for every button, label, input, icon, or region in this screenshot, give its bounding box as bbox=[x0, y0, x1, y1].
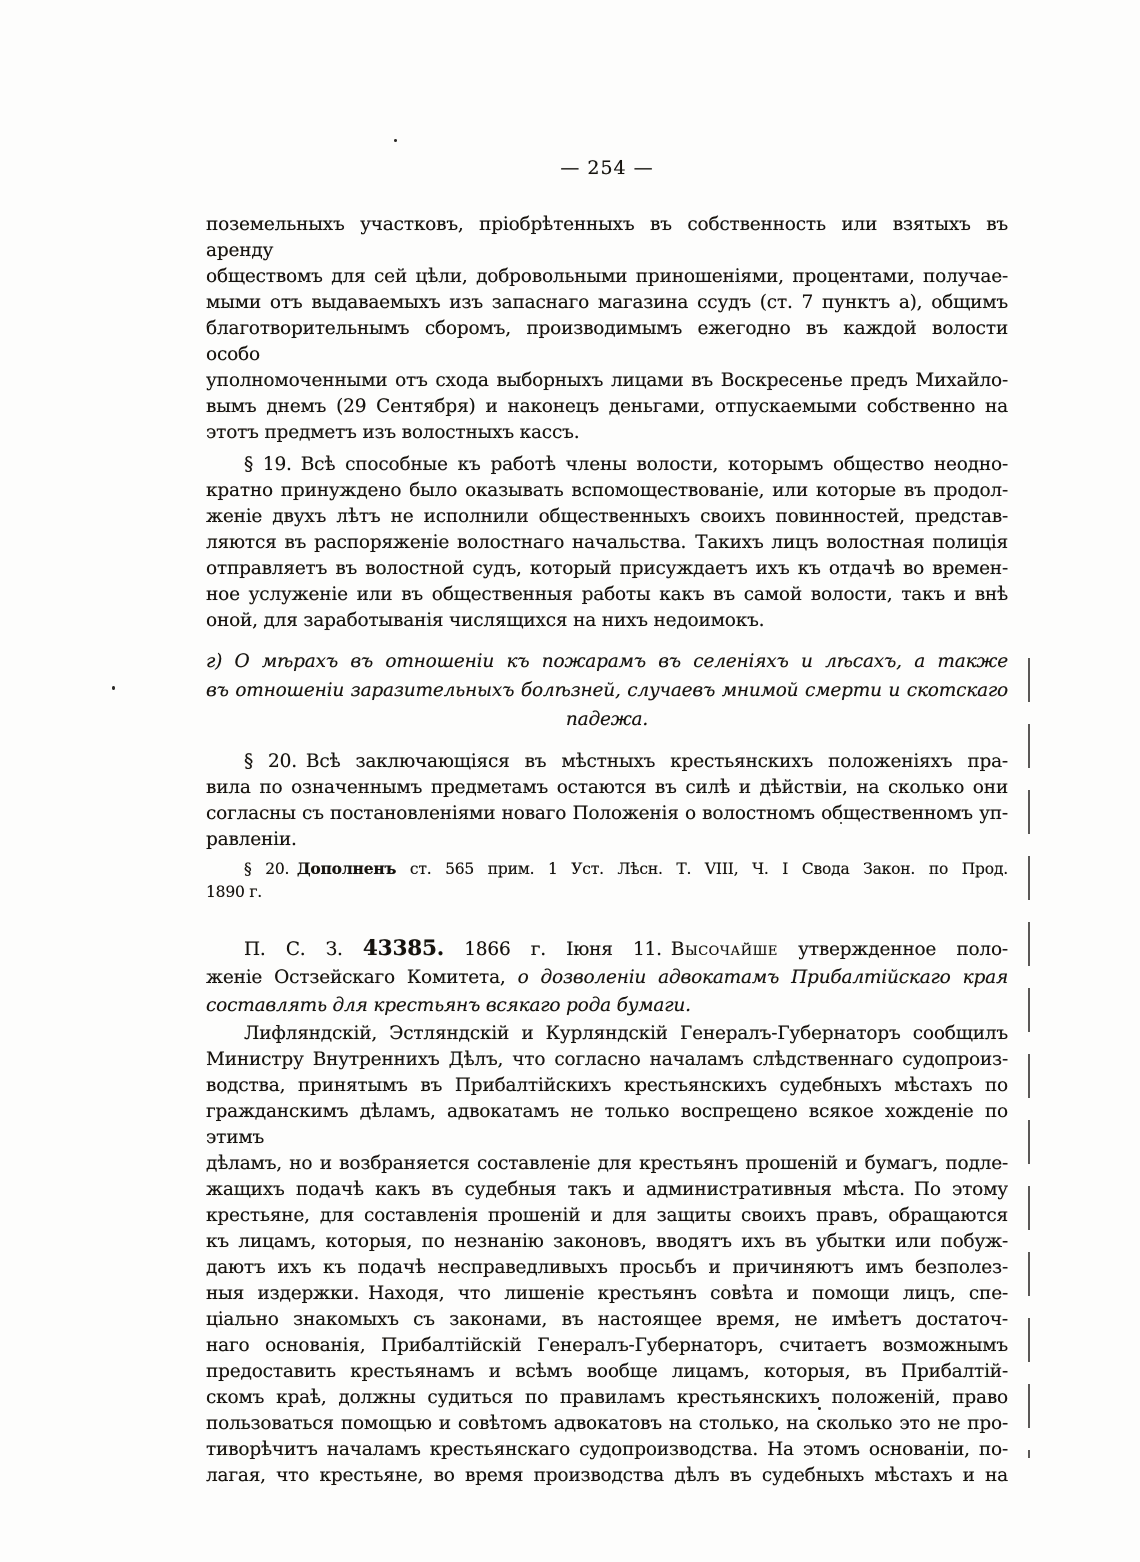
footnote-section-20: § 20. Дополненъ ст. 565 прим. 1 Уст. Лѣс… bbox=[206, 857, 1008, 904]
text-line: оной, для заработыванія числящихся на ни… bbox=[206, 608, 1008, 634]
page-number: — 254 — bbox=[206, 155, 1008, 181]
psz-label: П. С. З. bbox=[244, 939, 363, 960]
text-line: благотворительнымъ сборомъ, производимым… bbox=[206, 316, 1008, 368]
text-line: Лифляндскій, Эстляндскій и Курляндскій Г… bbox=[206, 1021, 1008, 1047]
text-line: § 19. Всѣ способные къ работѣ члены воло… bbox=[206, 452, 1008, 478]
text-line: § 20. Всѣ заключающіяся въ мѣстныхъ крес… bbox=[206, 749, 1008, 775]
scan-speck bbox=[840, 822, 842, 824]
text-line: скомъ краѣ, должны судиться по правиламъ… bbox=[206, 1385, 1008, 1411]
subsection-heading-g: г) О мѣрахъ въ отношеніи къ пожарамъ въ … bbox=[206, 647, 1008, 734]
text-line: составлять для крестьянъ всякаго рода бу… bbox=[206, 992, 1008, 1020]
footnote-bold-word: Дополненъ bbox=[297, 859, 396, 878]
text-line: ныя издержки. Находя, что лишеніе кресть… bbox=[206, 1281, 1008, 1307]
text-line: падежа. bbox=[206, 705, 1008, 734]
highest-approved-smallcaps: Высочайше bbox=[671, 939, 778, 960]
text-line: крестьяне, для составленія прошеній и дл… bbox=[206, 1203, 1008, 1229]
text-line: § 20. Дополненъ ст. 565 прим. 1 Уст. Лѣс… bbox=[206, 857, 1008, 881]
text-line: женіе Остзейскаго Комитета, о дозволеніи… bbox=[206, 964, 1008, 992]
text-line: согласны съ постановленіями новаго Полож… bbox=[206, 801, 1008, 827]
text-line: лагая, что крестьяне, во время производс… bbox=[206, 1463, 1008, 1489]
footnote-ref: § 20. bbox=[244, 860, 297, 878]
act-date: 1866 г. Іюня 11. bbox=[444, 939, 671, 960]
page-text-column: — 254 — поземельныхъ участковъ, пріобрѣт… bbox=[206, 155, 1008, 1489]
text-line: 1890 г. bbox=[206, 881, 1008, 904]
text-line: вила по означеннымъ предметамъ остаются … bbox=[206, 775, 1008, 801]
paragraph-section-20: § 20. Всѣ заключающіяся въ мѣстныхъ крес… bbox=[206, 749, 1008, 853]
text-line: пользоваться помощью и совѣтомъ адвокато… bbox=[206, 1411, 1008, 1437]
text-line: женіе двухъ лѣтъ не исполнили общественн… bbox=[206, 504, 1008, 530]
act-title-run: утвержденное поло- bbox=[778, 939, 1008, 960]
text-line: П. С. З. 43385. 1866 г. Іюня 11. Высочай… bbox=[206, 935, 1008, 964]
act-heading-psz-43385: П. С. З. 43385. 1866 г. Іюня 11. Высочай… bbox=[206, 935, 1008, 1020]
text-line: кратно принуждено было оказывать вспомощ… bbox=[206, 478, 1008, 504]
book-page: — 254 — поземельныхъ участковъ, пріобрѣт… bbox=[0, 0, 1140, 1562]
act-subject-italic: составлять для крестьянъ всякаго рода бу… bbox=[206, 995, 691, 1016]
text-line: поземельныхъ участковъ, пріобрѣтенныхъ в… bbox=[206, 212, 1008, 264]
text-line: жащихъ подачѣ какъ въ судебныя такъ и ад… bbox=[206, 1177, 1008, 1203]
scan-speck bbox=[112, 686, 115, 690]
text-line: гражданскимъ дѣламъ, адвокатамъ не тольк… bbox=[206, 1099, 1008, 1151]
text-line: даютъ ихъ къ подачѣ несправедливыхъ прос… bbox=[206, 1255, 1008, 1281]
psz-act-number: 43385. bbox=[363, 936, 444, 961]
paragraph-continuation: поземельныхъ участковъ, пріобрѣтенныхъ в… bbox=[206, 212, 1008, 446]
scan-speck bbox=[818, 1407, 821, 1410]
text-line: уполномоченными отъ схода выборныхъ лица… bbox=[206, 368, 1008, 394]
scan-artifact-line bbox=[1028, 658, 1030, 1458]
footnote-citation: ст. 565 прим. 1 Уст. Лѣсн. Т. VIII, Ч. I… bbox=[396, 860, 1008, 878]
text-line: предоставить крестьянамъ и всѣмъ вообще … bbox=[206, 1359, 1008, 1385]
act-title-run: женіе Остзейскаго Комитета, bbox=[206, 967, 518, 988]
text-line: равленіи. bbox=[206, 827, 1008, 853]
text-line: ляются въ распоряженіе волостнаго началь… bbox=[206, 530, 1008, 556]
text-line: ное услуженіе или въ общественныя работы… bbox=[206, 582, 1008, 608]
text-line: этотъ предметъ изъ волостныхъ кассъ. bbox=[206, 420, 1008, 446]
scan-speck bbox=[394, 139, 397, 142]
act-subject-italic: о дозволеніи адвокатамъ Прибалтійскаго к… bbox=[518, 967, 1008, 988]
text-line: водства, принятымъ въ Прибалтійскихъ кре… bbox=[206, 1073, 1008, 1099]
text-line: отправляетъ въ волостной судъ, который п… bbox=[206, 556, 1008, 582]
text-line: наго основанія, Прибалтійскій Генералъ-Г… bbox=[206, 1333, 1008, 1359]
text-line: обществомъ для сей цѣли, добровольными п… bbox=[206, 264, 1008, 290]
paragraph-section-19: § 19. Всѣ способные къ работѣ члены воло… bbox=[206, 452, 1008, 634]
text-line: мыми отъ выдаваемыхъ изъ запаснаго магаз… bbox=[206, 290, 1008, 316]
text-line: ціально знакомыхъ съ законами, въ настоя… bbox=[206, 1307, 1008, 1333]
text-line: вымъ днемъ (29 Сентября) и наконецъ день… bbox=[206, 394, 1008, 420]
text-line: Министру Внутреннихъ Дѣлъ, что согласно … bbox=[206, 1047, 1008, 1073]
text-line: тиворѣчитъ началамъ крестьянскаго судопр… bbox=[206, 1437, 1008, 1463]
text-line: къ лицамъ, которыя, по незнанію законовъ… bbox=[206, 1229, 1008, 1255]
paragraph-act-body: Лифляндскій, Эстляндскій и Курляндскій Г… bbox=[206, 1021, 1008, 1489]
text-line: въ отношеніи заразительныхъ болѣзней, сл… bbox=[206, 676, 1008, 705]
text-line: г) О мѣрахъ въ отношеніи къ пожарамъ въ … bbox=[206, 647, 1008, 676]
text-line: дѣламъ, но и возбраняется составленіе дл… bbox=[206, 1151, 1008, 1177]
